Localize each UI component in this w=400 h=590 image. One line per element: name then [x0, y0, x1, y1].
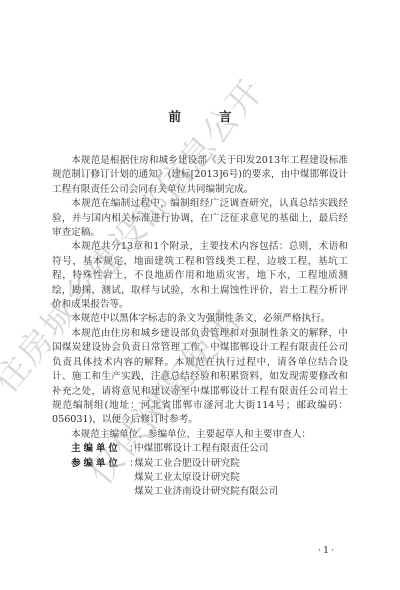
paragraph-units-intro: 本规范主编单位、参编单位、主要起草人和主要审查人： — [52, 428, 348, 442]
participating-unit-value: 煤炭工业合肥设计研究院 — [134, 457, 240, 471]
paragraph-contents: 本规范共分13章和1个附录，主要技术内容包括：总则，术语和符号，基本规定，地面建… — [52, 240, 348, 312]
chief-unit-value: 中煤邯郸设计工程有限责任公司 — [134, 442, 268, 456]
participating-unit-value: 煤炭工业太原设计研究院 — [134, 471, 348, 485]
paragraph-background: 本规范是根据住房和城乡建设部《关于印发2013年工程建设标准规范制订修订计划的通… — [52, 154, 348, 197]
paragraph-management: 本规范由住房和城乡建设部负责管理和对强制性条文的解释，中国煤炭建设协会负责日常管… — [52, 327, 348, 428]
participating-unit-row: 参编单位 ： 煤炭工业合肥设计研究院 — [71, 457, 348, 471]
chief-unit-row: 主编单位 ： 中煤邯郸设计工程有限责任公司 — [71, 442, 348, 456]
title-char-2: 言 — [219, 109, 232, 124]
participating-unit-value: 煤炭工业济南设计研究院有限公司 — [134, 485, 348, 499]
title-char-1: 前 — [168, 109, 181, 124]
chief-unit-label: 主编单位 — [71, 442, 129, 456]
page-number: ·1· — [318, 545, 336, 556]
preface-body: 本规范是根据住房和城乡建设部《关于印发2013年工程建设标准规范制订修订计划的通… — [52, 154, 348, 500]
document-page: 前言 本规范是根据住房和城乡建设部《关于印发2013年工程建设标准规范制订修订计… — [0, 0, 400, 590]
paragraph-mandatory: 本规范中以黑体字标志的条文为强制性条文，必须严格执行。 — [52, 312, 348, 326]
page-title: 前言 — [0, 107, 400, 125]
paragraph-process: 本规范在编制过程中，编制组经广泛调查研究，认真总结实践经验，并与国内相关标准进行… — [52, 197, 348, 240]
participating-unit-label: 参编单位 — [71, 457, 129, 471]
